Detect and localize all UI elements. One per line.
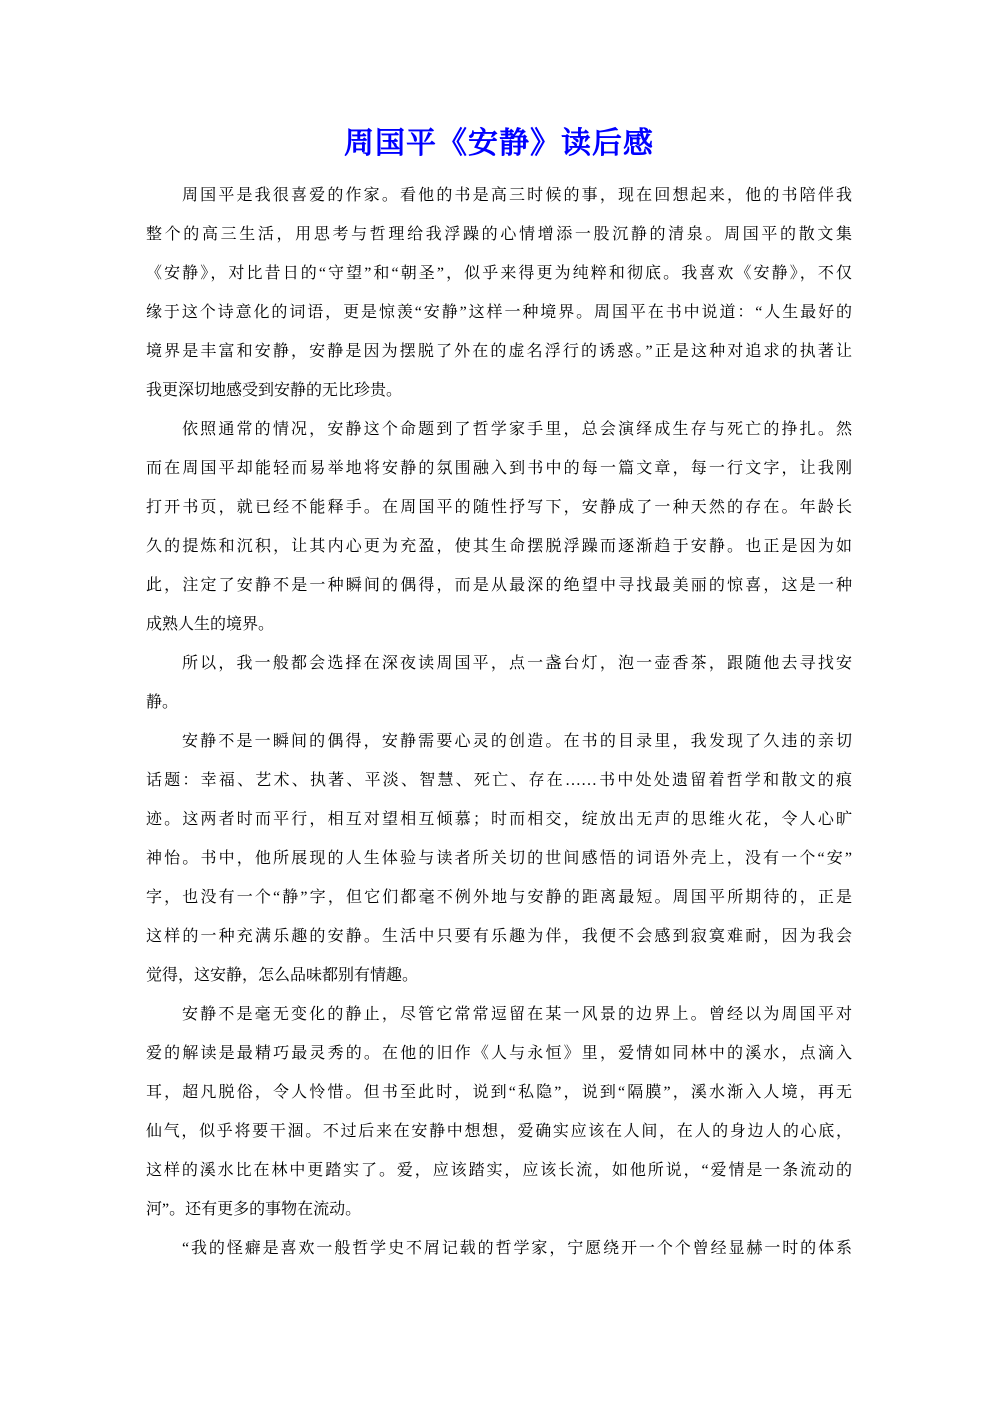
text-line: 字，也没有一个“静”字，但它们都毫不例外地与安静的距离最短。周国平所期待的，正是 — [146, 878, 852, 917]
text-line: 《安静》，对比昔日的“守望”和“朝圣”，似乎来得更为纯粹和彻底。我喜欢《安静》，… — [146, 254, 852, 293]
text-line: 爱的解读是最精巧最灵秀的。在他的旧作《人与永恒》里，爱情如同林中的溪水，点滴入 — [146, 1034, 852, 1073]
text-line: 仙气，似乎将要干涸。不过后来在安静中想想，爱确实应该在人间，在人的身边人的心底， — [146, 1112, 852, 1151]
text-line: 静。 — [146, 683, 852, 722]
text-line: 缘于这个诗意化的词语，更是惊羡“安静”这样一种境界。周国平在书中说道：“人生最好… — [146, 293, 852, 332]
document-page: 周国平《安静》读后感 周国平是我很喜爱的作家。看他的书是高三时候的事，现在回想起… — [0, 0, 993, 1404]
text-line: 话题：幸福、艺术、执著、平淡、智慧、死亡、存在……书中处处遗留着哲学和散文的痕 — [146, 761, 852, 800]
text-line: 依照通常的情况，安静这个命题到了哲学家手里，总会演绎成生存与死亡的挣扎。然 — [146, 410, 852, 449]
text-line: 这样的溪水比在林中更踏实了。爱，应该踏实，应该长流，如他所说，“爱情是一条流动的 — [146, 1151, 852, 1190]
text-line: 安静不是一瞬间的偶得，安静需要心灵的创造。在书的目录里，我发现了久违的亲切 — [146, 722, 852, 761]
paragraph: 安静不是一瞬间的偶得，安静需要心灵的创造。在书的目录里，我发现了久违的亲切话题：… — [146, 722, 852, 995]
paragraph: 安静不是毫无变化的静止，尽管它常常逗留在某一风景的边界上。曾经以为周国平对爱的解… — [146, 995, 852, 1229]
document-body: 周国平是我很喜爱的作家。看他的书是高三时候的事，现在回想起来，他的书陪伴我整个的… — [146, 176, 852, 1268]
paragraph: “我的怪癖是喜欢一般哲学史不屑记载的哲学家，宁愿绕开一个个曾经显赫一时的体系 — [146, 1229, 852, 1268]
text-line: 河”。还有更多的事物在流动。 — [146, 1190, 852, 1229]
paragraph: 依照通常的情况，安静这个命题到了哲学家手里，总会演绎成生存与死亡的挣扎。然而在周… — [146, 410, 852, 644]
text-line: 久的提炼和沉积，让其内心更为充盈，使其生命摆脱浮躁而逐渐趋于安静。也正是因为如 — [146, 527, 852, 566]
paragraph: 周国平是我很喜爱的作家。看他的书是高三时候的事，现在回想起来，他的书陪伴我整个的… — [146, 176, 852, 410]
text-line: 迹。这两者时而平行，相互对望相互倾慕；时而相交，绽放出无声的思维火花，令人心旷 — [146, 800, 852, 839]
text-line: 成熟人生的境界。 — [146, 605, 852, 644]
text-line: 打开书页，就已经不能释手。在周国平的随性抒写下，安静成了一种天然的存在。年龄长 — [146, 488, 852, 527]
text-line: “我的怪癖是喜欢一般哲学史不屑记载的哲学家，宁愿绕开一个个曾经显赫一时的体系 — [146, 1229, 852, 1268]
text-line: 所以，我一般都会选择在深夜读周国平，点一盏台灯，泡一壶香茶，跟随他去寻找安 — [146, 644, 852, 683]
text-line: 周国平是我很喜爱的作家。看他的书是高三时候的事，现在回想起来，他的书陪伴我 — [146, 176, 852, 215]
text-line: 这样的一种充满乐趣的安静。生活中只要有乐趣为伴，我便不会感到寂寞难耐，因为我会 — [146, 917, 852, 956]
text-line: 耳，超凡脱俗，令人怜惜。但书至此时，说到“私隐”，说到“隔膜”，溪水渐入人境，再… — [146, 1073, 852, 1112]
document-title: 周国平《安静》读后感 — [146, 124, 852, 164]
text-line: 觉得，这安静，怎么品味都别有情趣。 — [146, 956, 852, 995]
text-line: 此，注定了安静不是一种瞬间的偶得，而是从最深的绝望中寻找最美丽的惊喜，这是一种 — [146, 566, 852, 605]
text-line: 境界是丰富和安静，安静是因为摆脱了外在的虚名浮行的诱惑。”正是这种对追求的执著让 — [146, 332, 852, 371]
text-line: 整个的高三生活，用思考与哲理给我浮躁的心情增添一股沉静的清泉。周国平的散文集 — [146, 215, 852, 254]
text-line: 安静不是毫无变化的静止，尽管它常常逗留在某一风景的边界上。曾经以为周国平对 — [146, 995, 852, 1034]
paragraph: 所以，我一般都会选择在深夜读周国平，点一盏台灯，泡一壶香茶，跟随他去寻找安静。 — [146, 644, 852, 722]
text-line: 而在周国平却能轻而易举地将安静的氛围融入到书中的每一篇文章，每一行文字，让我刚 — [146, 449, 852, 488]
text-line: 神怡。书中，他所展现的人生体验与读者所关切的世间感悟的词语外壳上，没有一个“安” — [146, 839, 852, 878]
text-line: 我更深切地感受到安静的无比珍贵。 — [146, 371, 852, 410]
